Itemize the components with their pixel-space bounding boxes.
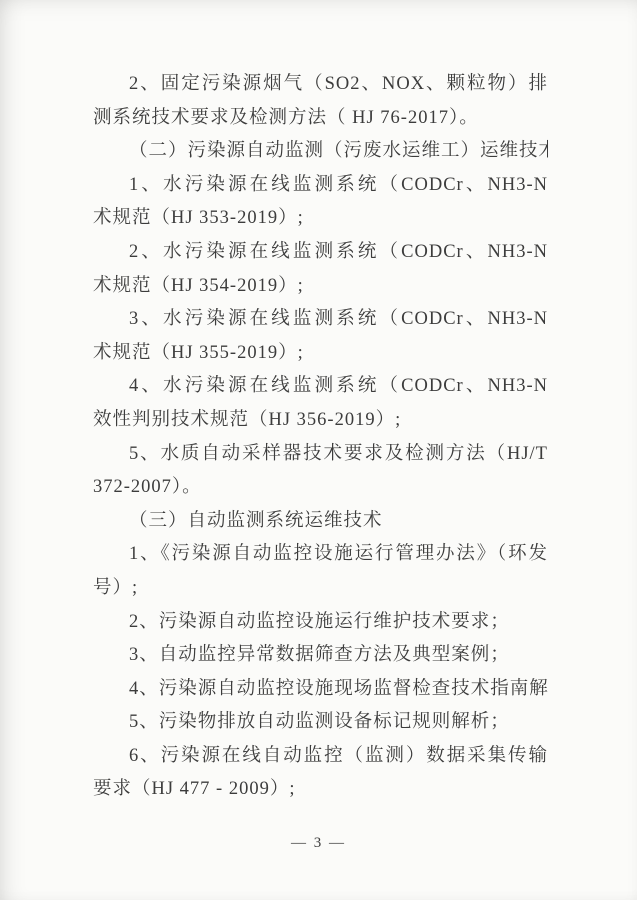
page-number: — 3 —: [0, 831, 637, 855]
document-line-16: 号）;: [93, 572, 548, 606]
document-line-8: 3、水污染源在线监测系统（CODCr、NH3-N 等）运行技: [93, 303, 548, 337]
document-line-4: 1、水污染源在线监测系统（CODCr、NH3-N 等）安装技: [93, 169, 548, 203]
document-line-14: （三）自动监测系统运维技术: [93, 505, 548, 539]
document-line-17: 2、污染源自动监控设施运行维护技术要求；: [93, 606, 548, 640]
document-line-5: 术规范（HJ 353-2019）;: [93, 202, 548, 236]
document-line-13: 372-2007）。: [93, 471, 548, 505]
document-line-11: 效性判别技术规范（HJ 356-2019）;: [93, 404, 548, 438]
document-line-9: 术规范（HJ 355-2019）;: [93, 337, 548, 371]
document-line-2: 测系统技术要求及检测方法（ HJ 76-2017）。: [93, 102, 548, 136]
document-line-22: 要求（HJ 477 - 2009）;: [93, 773, 548, 807]
document-line-6: 2、水污染源在线监测系统（CODCr、NH3-N 等）验收技: [93, 236, 548, 270]
document-body: 2、固定污染源烟气（SO2、NOX、颗粒物）排放连续监测系统技术要求及检测方法（…: [93, 68, 548, 807]
document-line-18: 3、自动监控异常数据筛查方法及典型案例；: [93, 639, 548, 673]
document-line-10: 4、水污染源在线监测系统（CODCr、NH3-N 等）数据有: [93, 370, 548, 404]
document-page: 2、固定污染源烟气（SO2、NOX、颗粒物）排放连续监测系统技术要求及检测方法（…: [0, 0, 637, 900]
document-line-1: 2、固定污染源烟气（SO2、NOX、颗粒物）排放连续监: [93, 68, 548, 102]
document-line-7: 术规范（HJ 354-2019）;: [93, 270, 548, 304]
document-line-20: 5、污染物排放自动监测设备标记规则解析；: [93, 706, 548, 740]
document-line-12: 5、水质自动采样器技术要求及检测方法（HJ/T: [93, 438, 548, 472]
document-line-3: （二）污染源自动监测（污废水运维工）运维技术: [93, 135, 548, 169]
document-line-21: 6、污染源在线自动监控（监测）数据采集传输仪技术: [93, 740, 548, 774]
document-line-15: 1、《污染源自动监控设施运行管理办法》（环发[2008]6: [93, 538, 548, 572]
document-line-19: 4、污染源自动监控设施现场监督检查技术指南解析；: [93, 673, 548, 707]
